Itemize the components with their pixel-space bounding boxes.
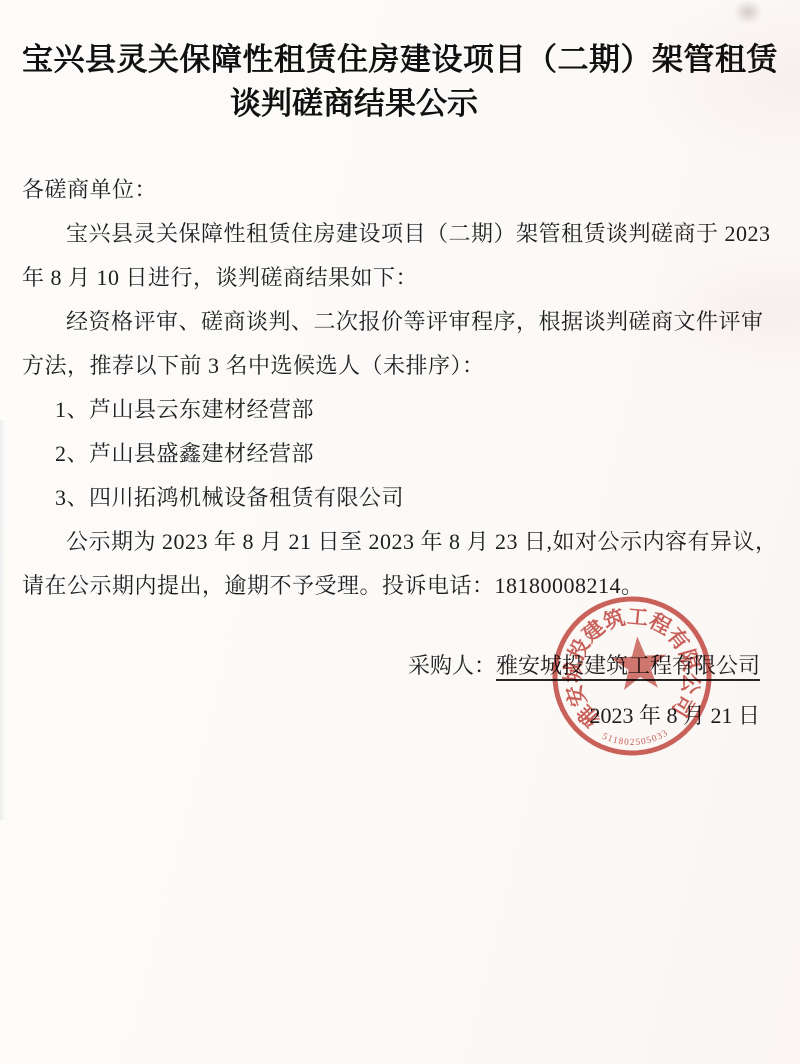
paragraph-1-line-2: 年 8 月 10 日进行，谈判磋商结果如下： [22,256,780,300]
paragraph-2-line-1: 经资格评审、磋商谈判、二次报价等评审程序，根据谈判磋商文件评审 [22,300,780,344]
purchaser-label: 采购人： [408,653,496,678]
seal-star-icon [610,635,669,691]
scan-smudge-artifact [734,0,762,24]
scanned-document-page: { "page": { "background": "#fcfaf7", "in… [0,0,800,1064]
title-line-1: 宝兴县灵关保障性租赁住房建设项目（二期）架管租赁 [22,42,780,78]
scan-edge-shadow [0,420,5,820]
candidate-item-1: 1、芦山县云东建材经营部 [22,388,780,432]
candidate-item-2: 2、芦山县盛鑫建材经营部 [22,432,780,476]
paragraph-2-line-2: 方法，推荐以下前 3 名中选候选人（未排序）： [22,344,780,388]
title-line-2: 谈判磋商结果公示 [0,86,733,122]
announcement-document: 宝兴县灵关保障性租赁住房建设项目（二期）架管租赁 谈判磋商结果公示 各磋商单位：… [0,0,800,1064]
paragraph-1-line-1: 宝兴县灵关保障性租赁住房建设项目（二期）架管租赁谈判磋商于 2023 [22,212,780,256]
document-body: 各磋商单位： 宝兴县灵关保障性租赁住房建设项目（二期）架管租赁谈判磋商于 202… [22,168,780,608]
official-seal-stamp: 雅安城投建筑工程有限公司 511802505033 [525,569,738,782]
salutation: 各磋商单位： [22,168,780,212]
page-title: 宝兴县灵关保障性租赁住房建设项目（二期）架管租赁 谈判磋商结果公示 [0,0,800,122]
paragraph-3-line-1: 公示期为 2023 年 8 月 21 日至 2023 年 8 月 23 日,如对… [22,520,780,564]
candidate-item-3: 3、四川拓鸿机械设备租赁有限公司 [22,476,780,520]
